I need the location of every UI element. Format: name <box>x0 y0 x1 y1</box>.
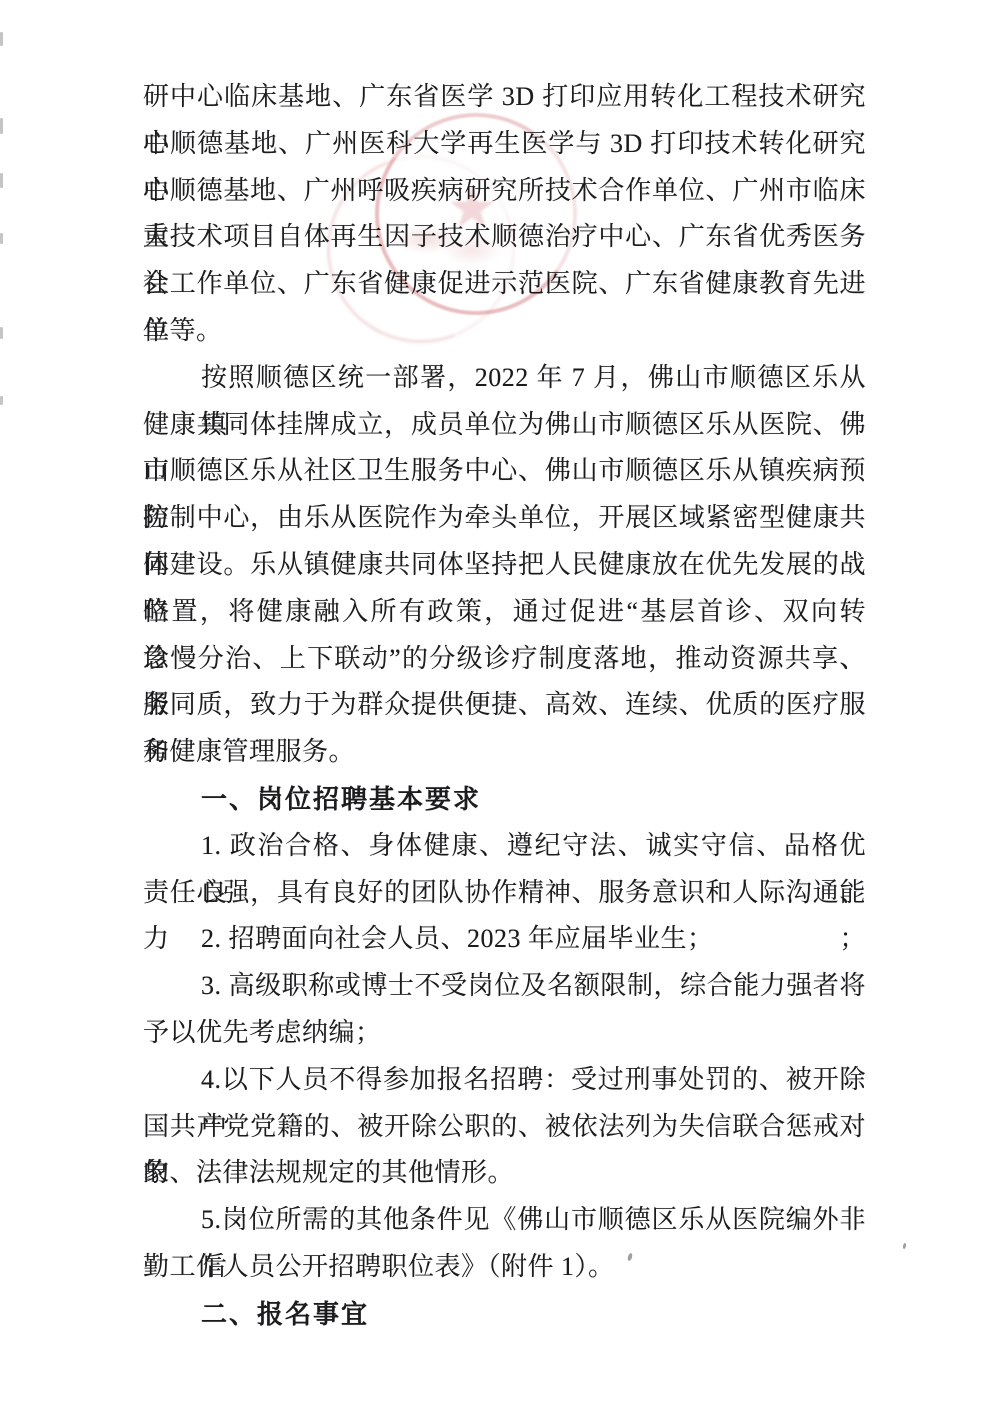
text-line: 5.岗位所需的其他条件见《佛山市顺德区乐从医院编外非后 <box>143 1197 866 1244</box>
text-line: 按照顺德区统一部署，2022 年 7 月，佛山市顺德区乐从镇 <box>143 355 866 402</box>
scan-artifact <box>0 118 3 134</box>
body-text: 研中心临床基地、广东省医学 3D 打印应用转化工程技术研究中 心顺德基地、广州医… <box>143 74 866 1338</box>
text-line: 位等。 <box>143 308 866 355</box>
document-page: 研中心临床基地、广东省医学 3D 打印应用转化工程技术研究中 心顺德基地、广州医… <box>0 0 1000 1414</box>
scan-speck <box>902 1243 906 1249</box>
text-line: 国共产党党籍的、被开除公职的、被依法列为失信联合惩戒对象 <box>143 1104 866 1151</box>
text-line: 3. 高级职称或博士不受岗位及名额限制，综合能力强者将 <box>143 963 866 1010</box>
text-line: 予以优先考虑纳编； <box>143 1010 866 1057</box>
text-line: 控制中心，由乐从医院作为牵头单位，开展区域紧密型健康共同 <box>143 495 866 542</box>
text-line: 和健康管理服务。 <box>143 729 866 776</box>
text-line: 4.以下人员不得参加报名招聘：受过刑事处罚的、被开除中 <box>143 1057 866 1104</box>
text-line: 急慢分治、上下联动”的分级诊疗制度落地，推动资源共享、服 <box>143 636 866 683</box>
section-heading-2: 二、报名事宜 <box>143 1291 866 1338</box>
scan-artifact <box>0 233 3 244</box>
section-heading-1: 一、岗位招聘基本要求 <box>143 776 866 823</box>
text-line: 心顺德基地、广州呼吸疾病研究所技术合作单位、广州市临床重 <box>143 168 866 215</box>
text-line: 体建设。乐从镇健康共同体坚持把人民健康放在优先发展的战略 <box>143 542 866 589</box>
text-line: 位置，将健康融入所有政策，通过促进“基层首诊、双向转诊、 <box>143 589 866 636</box>
text-line: 1. 政治合格、身体健康、遵纪守法、诚实守信、品格优良、 <box>143 823 866 870</box>
scan-artifact <box>0 173 3 188</box>
text-line: 研中心临床基地、广东省医学 3D 打印应用转化工程技术研究中 <box>143 74 866 121</box>
text-line: 责任心强，具有良好的团队协作精神、服务意识和人际沟通能力； <box>143 870 866 917</box>
scan-artifact <box>0 396 3 405</box>
text-line: 健康共同体挂牌成立，成员单位为佛山市顺德区乐从医院、佛山 <box>143 402 866 449</box>
text-line: 大技术项目自体再生因子技术顺德治疗中心、广东省优秀医务社 <box>143 214 866 261</box>
text-line: 会工作单位、广东省健康促进示范医院、广东省健康教育先进单 <box>143 261 866 308</box>
text-line: 的、法律法规规定的其他情形。 <box>143 1150 866 1197</box>
text-line: 市顺德区乐从社区卫生服务中心、佛山市顺德区乐从镇疾病预防 <box>143 448 866 495</box>
text-line: 勤工作人员公开招聘职位表》（附件 1）。 <box>143 1244 866 1291</box>
text-line: 心顺德基地、广州医科大学再生医学与 3D 打印技术转化研究中 <box>143 121 866 168</box>
text-line: 务同质，致力于为群众提供便捷、高效、连续、优质的医疗服务 <box>143 682 866 729</box>
scan-artifact <box>0 327 3 339</box>
scan-artifact <box>0 32 3 46</box>
